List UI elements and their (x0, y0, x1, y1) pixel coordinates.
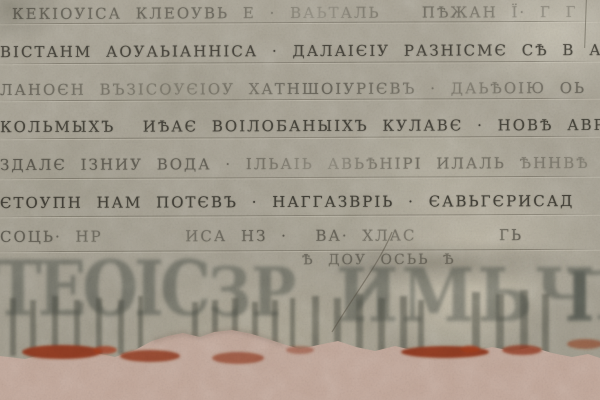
ruled-guide-line (0, 136, 600, 140)
ghost-letters-left: ТЕОІС (0, 245, 207, 334)
red-ochre-patches (22, 339, 600, 364)
inscription-line: КОЛЬМЫХЪ ИѢАЄ ВОІЛОБАНЫІХЪ КУЛАВЄ · НОВѢ… (0, 116, 600, 136)
inscription-line: ЄТОУПН НАМ ПОТЄВЪ · НАГГАЗВРІЬ · ЄАВЬГЄР… (0, 192, 574, 212)
ruled-guide-line (0, 176, 600, 180)
ghost-letters-mid: ЗР (208, 254, 296, 332)
ghost-letter-edge: П (566, 259, 600, 336)
plaster-crack (332, 232, 392, 332)
photo-wall-inscription: ТЕОІС ЗР ИМЬЧ П КЕКІОУІСА КЛЕОУВЬ Е · ВА… (0, 0, 600, 400)
edge-shadow (152, 330, 283, 344)
mortar-band (0, 330, 600, 400)
inscription-line: СОЦЬ· НР ИСА НЗ · ВА· ХЛАС ГЬ (0, 226, 523, 246)
ruled-guide-line (0, 61, 600, 65)
inscription-line: Ѣ ДОУ ОСЬЬ Ѣ (302, 252, 456, 269)
inscription-line: ЛАНОЄН ВЪЗІСОУЄІОУ ХАТНШОІУРІЄВЪ · ДАЬѢО… (0, 79, 586, 99)
inscription-line: ВІСТАНМ АОУАЬІАННІСА · ДАЛАІЄІУ РАЗНІСМЄ… (0, 41, 600, 61)
ghost-letter-stems (10, 290, 549, 358)
inscription-line: КЕКІОУІСА КЛЕОУВЬ Е · ВАЬТАЛЬ ПѢЖАН Ї· Г… (12, 3, 578, 23)
ruled-guide-line (0, 249, 600, 253)
ruled-guide-line (0, 214, 600, 218)
inscription-line: ЗДАЛЄ ІЗНИУ ВОДА · ІЛЬАІЬ АВЬѢНІРІ ИЛАЛЬ… (0, 154, 590, 174)
